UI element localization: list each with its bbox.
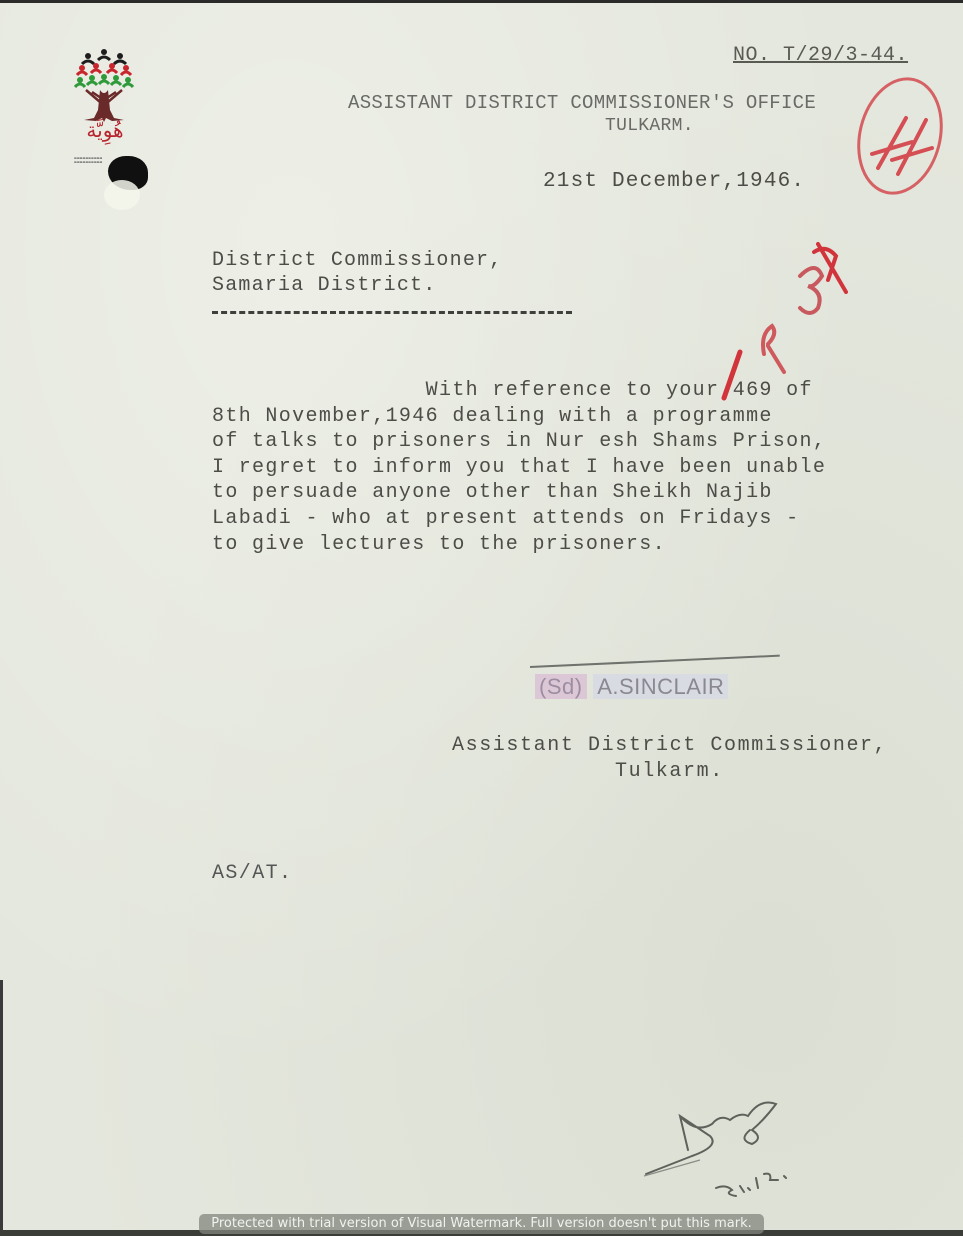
body-line: 8th November,1946 dealing with a program… [212, 404, 773, 430]
dashed-rule [212, 311, 572, 314]
signatory-name: A.SINCLAIR [593, 674, 728, 699]
handwritten-signature-icon [640, 1090, 840, 1200]
body-line: of talks to prisoners in Nur esh Shams P… [212, 429, 826, 455]
body-line: to persuade anyone other than Sheikh Naj… [212, 480, 773, 506]
signatory-title: Assistant District Commissioner, [452, 734, 887, 757]
addressee-line-1: District Commissioner, [212, 248, 502, 273]
office-town: TULKARM. [605, 116, 694, 136]
body-line: Labadi - who at present attends on Frida… [212, 506, 800, 532]
watermark-banner: Protected with trial version of Visual W… [199, 1214, 764, 1234]
paper-damage [104, 180, 140, 210]
scan-edge-left [0, 980, 3, 1236]
red-oval-stamp-icon [848, 70, 948, 200]
hawiya-tree-logo-icon [74, 48, 134, 168]
signature-line [530, 655, 780, 668]
document-page: هُوِيَّة ▬▬▬▬▬▬▬▬▬▬▬▬▬▬▬▬▬▬▬▬ NO. T/29/3… [0, 0, 963, 1236]
letter-date: 21st December,1946. [543, 170, 805, 193]
reference-number: NO. T/29/3-44. [733, 44, 908, 67]
body-line: I regret to inform you that I have been … [212, 455, 826, 481]
typist-initials: AS/AT. [212, 862, 292, 885]
signature-stamp: (Sd) A.SINCLAIR [535, 674, 728, 700]
logo-arabic-wordmark: هُوِيَّة [80, 118, 130, 142]
body-line: With reference to your 469 of [212, 378, 813, 404]
office-heading: ASSISTANT DISTRICT COMMISSIONER'S OFFICE [348, 92, 816, 114]
body-line: to give lectures to the prisoners. [212, 532, 666, 558]
scan-edge-top [0, 0, 963, 3]
signed-marker: (Sd) [535, 674, 587, 699]
signatory-town: Tulkarm. [615, 760, 724, 783]
addressee-line-2: Samaria District. [212, 273, 436, 298]
